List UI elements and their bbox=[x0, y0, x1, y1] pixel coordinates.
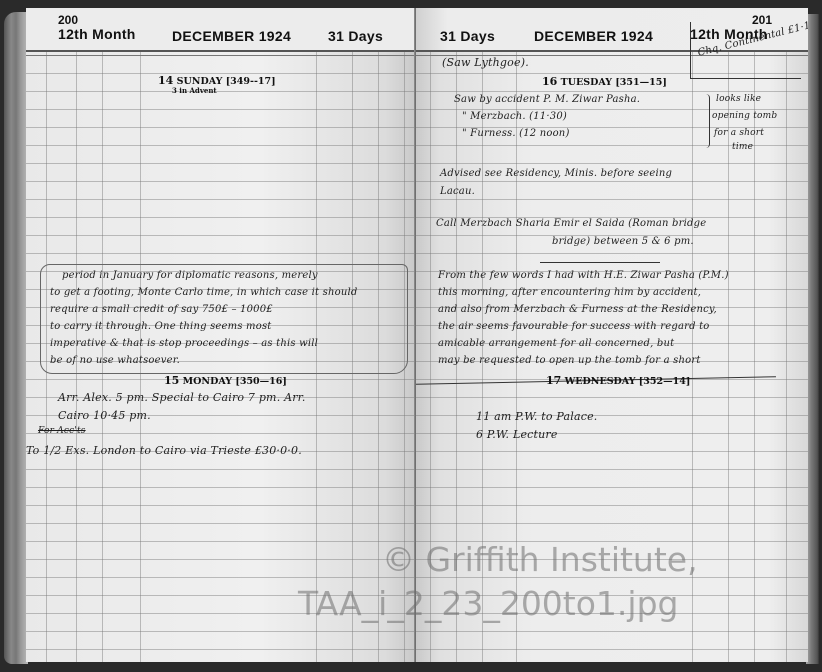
entry-line: amicable arrangement for all concerned, … bbox=[438, 338, 674, 349]
page-number: 200 bbox=[58, 13, 78, 27]
entry-line: From the few words I had with H.E. Ziwar… bbox=[438, 270, 729, 281]
diary-spread: 200 12th Month DECEMBER 1924 31 Days 14 … bbox=[0, 0, 822, 672]
entry-line: 6 P.W. Lecture bbox=[476, 428, 558, 441]
entry-line: this morning, after encountering him by … bbox=[438, 287, 701, 298]
left-page: 200 12th Month DECEMBER 1924 31 Days 14 … bbox=[26, 8, 416, 662]
month-ordinal: 12th Month bbox=[58, 26, 136, 42]
side-note: for a short bbox=[714, 128, 764, 138]
entry-line: " Merzbach. (11·30) bbox=[462, 111, 567, 122]
entry-line: Call Merzbach Sharia Emir el Saida (Roma… bbox=[436, 218, 706, 229]
entry-line: the air seems favourable for success wit… bbox=[438, 321, 710, 332]
side-note: looks like bbox=[716, 94, 761, 104]
entry-line: may be requested to open up the tomb for… bbox=[438, 355, 701, 366]
day-subtitle: 3 in Advent bbox=[172, 86, 217, 95]
brace bbox=[706, 94, 710, 148]
entry-line: (Saw Lythgoe). bbox=[442, 56, 529, 69]
days-count: 31 Days bbox=[328, 28, 383, 44]
entry-line: " Furness. (12 noon) bbox=[462, 128, 570, 139]
entry-line: To 1/2 Exs. London to Cairo via Trieste … bbox=[26, 444, 302, 457]
watermark-line-2: TAA_i_2_23_200to1.jpg bbox=[298, 584, 678, 623]
note-line: to get a footing, Monte Carlo time, in w… bbox=[50, 287, 357, 298]
book-edge-right bbox=[806, 14, 820, 664]
entry-line: and also from Merzbach & Furness at the … bbox=[438, 304, 717, 315]
note-line: period in January for diplomatic reasons… bbox=[62, 270, 318, 281]
book-edge-left bbox=[4, 12, 28, 664]
entry-line: Arr. Alex. 5 pm. Special to Cairo 7 pm. … bbox=[58, 391, 306, 404]
struck-line: For Acc'ts bbox=[38, 426, 86, 436]
days-count: 31 Days bbox=[440, 28, 495, 44]
entry-line: Saw by accident P. M. Ziwar Pasha. bbox=[454, 94, 640, 105]
entry-line: Lacau. bbox=[440, 186, 475, 197]
entry-line: 11 am P.W. to Palace. bbox=[476, 410, 597, 423]
side-note: opening tomb bbox=[712, 111, 777, 121]
note-line: imperative & that is stop proceedings – … bbox=[50, 338, 318, 349]
day-heading-16: 16 TUESDAY [351—15] bbox=[542, 75, 667, 88]
entry-line: Advised see Residency, Minis. before see… bbox=[440, 168, 672, 179]
day-heading-17: 17 WEDNESDAY [352—14] bbox=[546, 374, 690, 387]
watermark-line-1: © Griffith Institute, bbox=[382, 540, 698, 579]
entry-line: bridge) between 5 & 6 pm. bbox=[552, 236, 694, 247]
month-title: DECEMBER 1924 bbox=[172, 28, 291, 44]
side-note: time bbox=[732, 142, 753, 152]
note-line: be of no use whatsoever. bbox=[50, 355, 180, 366]
day-heading-15: 15 MONDAY [350—16] bbox=[164, 374, 287, 387]
note-line: to carry it through. One thing seems mos… bbox=[50, 321, 272, 332]
month-title: DECEMBER 1924 bbox=[534, 28, 653, 44]
entry-line: Cairo 10·45 pm. bbox=[58, 409, 151, 422]
note-line: require a small credit of say 750£ – 100… bbox=[50, 304, 273, 315]
